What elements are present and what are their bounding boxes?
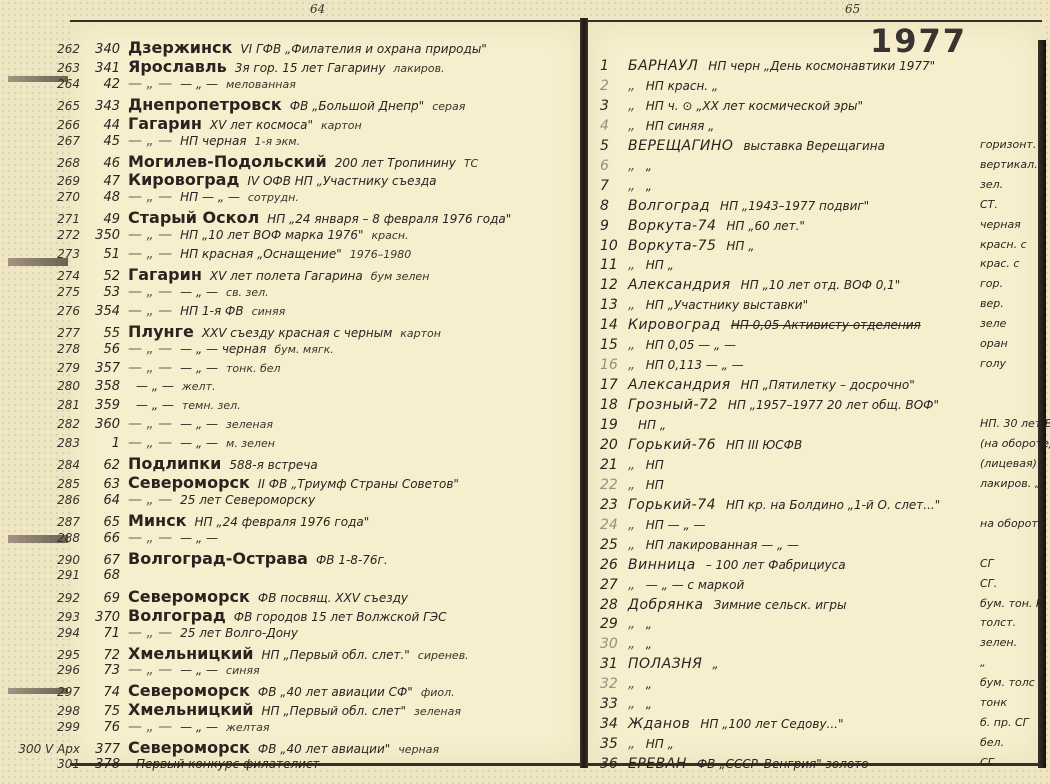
entry-detail: ФВ 1-8-76г.: [316, 553, 388, 567]
entry-note: вертикал.: [980, 158, 1050, 171]
city-name: „: [628, 178, 636, 194]
entry-number: 18: [600, 397, 622, 413]
entry-detail: – 100 лет Фабрициуса: [706, 558, 846, 572]
entry-detail: НП синяя „: [646, 119, 715, 133]
entry-note: бум зелен: [371, 270, 430, 283]
ledger-number: 300 V Арх: [0, 742, 80, 756]
entry-number: 2: [600, 78, 622, 94]
entry-note: голу: [980, 357, 1050, 370]
entry-note: бум. толс: [980, 676, 1050, 689]
ledger-row: 26442— „ —— „ —мелованная: [0, 76, 296, 92]
entry-number: 48: [86, 190, 120, 205]
entry-detail: „: [646, 179, 652, 193]
entry-number: 8: [600, 198, 622, 214]
entry-note: (на обороте): [980, 437, 1050, 450]
year-heading: 1977: [870, 22, 967, 60]
entry-number: 1: [600, 58, 622, 74]
entry-detail: НП „24 февраля 1976 года": [195, 515, 370, 529]
entry-note: синяя: [226, 664, 260, 677]
entry-number: 30: [600, 636, 622, 652]
entry-detail: Зимние сельск. игры: [714, 598, 847, 612]
city-name: ПОЛАЗНЯ: [628, 656, 702, 672]
city-name: Старый Оскол: [128, 208, 259, 227]
entry-number: 341: [86, 61, 120, 76]
ledger-number: 277: [0, 326, 80, 340]
entry-detail: НП: [646, 458, 664, 472]
entry-note: красн.: [372, 229, 409, 242]
ledger-row: 26947КировоградIV ОФВ НП „Участнику съез…: [0, 170, 445, 189]
entry-note: желт.: [182, 380, 216, 393]
ledger-row: 9Воркута-74НП „60 лет."черная: [600, 218, 1040, 234]
entry-detail: XXV съезду красная с черным: [202, 326, 392, 340]
city-name: Горький-74: [628, 497, 716, 513]
ledger-row: 1БАРНАУЛНП черн „День космонавтики 1977": [600, 58, 1040, 74]
entry-note: СГ: [980, 557, 1050, 570]
entry-number: 45: [86, 134, 120, 149]
ledger-row: 29673— „ —— „ —синяя: [0, 662, 260, 678]
city-name: „: [628, 477, 636, 493]
ledger-number: 284: [0, 458, 80, 472]
entry-note: синяя: [252, 305, 286, 318]
entry-number: 26: [600, 557, 622, 573]
ledger-number: 279: [0, 361, 80, 375]
entry-detail: „: [712, 657, 718, 671]
entry-detail: „: [646, 617, 652, 631]
city-name: — „ —: [128, 76, 172, 92]
ledger-number: 266: [0, 118, 80, 132]
entry-number: 350: [86, 228, 120, 243]
entry-note: зеленая: [414, 705, 461, 718]
entry-detail: — „ —: [180, 663, 218, 677]
entry-detail: „: [646, 697, 652, 711]
city-name: Гагарин: [128, 265, 202, 284]
entry-detail: — „ —: [136, 398, 174, 412]
entry-number: 31: [600, 656, 622, 672]
entry-detail: НП „: [646, 737, 674, 751]
city-name: Хмельницкий: [128, 644, 254, 663]
ledger-row: 5ВЕРЕЩАГИНОвыставка Верещагинагоризонт.: [600, 138, 1040, 154]
entry-detail: — „ —: [180, 417, 218, 431]
entry-number: 7: [600, 178, 622, 194]
ledger-row: 22„НПлакиров. „: [600, 477, 1040, 493]
entry-detail: XV лет полета Гагарина: [210, 269, 363, 283]
entry-number: 67: [86, 553, 120, 568]
city-name: Грозный-72: [628, 397, 718, 413]
entry-detail: НП черн „День космонавтики 1977": [708, 59, 935, 73]
entry-note: 1-я экм.: [255, 135, 301, 148]
entry-number: 72: [86, 648, 120, 663]
entry-detail: НП черная: [180, 134, 246, 148]
ledger-row: 12АлександрияНП „10 лет отд. ВОФ 0,1"гор…: [600, 277, 1040, 293]
ledger-row: 3„НП ч. ⊙ „XX лет космической эры": [600, 98, 1040, 114]
right-folio: 65: [845, 2, 860, 16]
entry-note: желтая: [226, 721, 269, 734]
city-name: Североморск: [128, 681, 250, 700]
entry-detail: — „ —: [180, 77, 218, 91]
entry-note: фиол.: [421, 686, 455, 699]
entry-number: 19: [600, 417, 622, 433]
entry-note: м. зелен: [226, 437, 275, 450]
entry-number: 3: [600, 98, 622, 114]
entry-number: 51: [86, 247, 120, 262]
entry-note: тонк. бел: [226, 362, 281, 375]
city-name: Волгоград-Острава: [128, 549, 308, 568]
entry-detail: ФВ городов 15 лет Волжской ГЭС: [234, 610, 447, 624]
ledger-row: 27351— „ —НП красная „Оснащение"1976–198…: [0, 246, 411, 262]
city-name: — „ —: [128, 662, 172, 678]
entry-note: зеле: [980, 317, 1050, 330]
city-name: — „ —: [128, 530, 172, 546]
entry-detail: НП „10 лет отд. ВОФ 0,1": [741, 278, 901, 292]
ledger-number: 280: [0, 379, 80, 393]
city-name: „: [628, 357, 636, 373]
entry-number: 343: [86, 99, 120, 114]
entry-detail: — „ —: [180, 361, 218, 375]
entry-detail: 25 лет Волго-Дону: [180, 626, 298, 640]
entry-number: 52: [86, 269, 120, 284]
entry-number: 13: [600, 297, 622, 313]
ledger-number: 295: [0, 648, 80, 662]
ledger-row: 29572ХмельницкийНП „Первый обл. слет."си…: [0, 644, 469, 663]
ledger-row: 10Воркута-75НП „красн. с: [600, 238, 1040, 254]
entry-detail: — „ —: [180, 720, 218, 734]
ledger-number: 270: [0, 190, 80, 204]
city-name: Воркута-74: [628, 218, 716, 234]
entry-detail: XV лет космоса": [210, 118, 313, 132]
entry-number: 35: [600, 736, 622, 752]
ledger-row: 29269СевероморскФВ посвящ. XXV съезду: [0, 587, 416, 606]
ledger-row: 26846Могилев-Подольский200 лет Тропинину…: [0, 152, 478, 171]
city-name: Минск: [128, 511, 187, 530]
entry-note: ТС: [464, 157, 478, 170]
city-name: „: [628, 78, 636, 94]
city-name: — „ —: [128, 416, 172, 432]
entry-detail: НП „24 января – 8 февраля 1976 года": [267, 212, 511, 226]
entry-detail: НП „60 лет.": [726, 219, 805, 233]
city-name: — „ —: [128, 284, 172, 300]
entry-detail: ФВ посвящ. XXV съезду: [258, 591, 408, 605]
ledger-row: 272350— „ —НП „10 лет ВОФ марка 1976"кра…: [0, 227, 409, 243]
entry-note: черная: [980, 218, 1050, 231]
entry-number: 27: [600, 577, 622, 593]
city-name: Винница: [628, 557, 696, 573]
entry-detail: „: [646, 677, 652, 691]
city-name: Волгоград: [628, 198, 710, 214]
city-name: ВЕРЕЩАГИНО: [628, 138, 733, 154]
entry-number: 1: [86, 436, 120, 451]
ledger-number: 263: [0, 61, 80, 75]
entry-note: черная: [398, 743, 439, 756]
city-name: Североморск: [128, 738, 250, 757]
entry-detail: НП красн. „: [646, 79, 718, 93]
ledger-row: 265343ДнепропетровскФВ „Большой Днепр"се…: [0, 95, 465, 114]
ledger-number: 273: [0, 247, 80, 261]
ledger-row: 28765МинскНП „24 февраля 1976 года": [0, 511, 377, 530]
entry-detail: — „ — черная: [180, 342, 266, 356]
ledger-row: 19НП „НП. 30 лет Вел. Поб.: [600, 417, 1040, 433]
city-name: „: [628, 577, 636, 593]
entry-note: (лицевая): [980, 457, 1050, 470]
entry-detail: — „ —: [136, 379, 174, 393]
entry-number: 69: [86, 591, 120, 606]
ledger-row: 262340ДзержинскVI ГФВ „Филателия и охран…: [0, 38, 495, 57]
entry-note: 1976–1980: [350, 248, 412, 261]
city-name: „: [628, 616, 636, 632]
entry-number: 12: [600, 277, 622, 293]
ledger-row: 282360— „ —— „ —зеленая: [0, 416, 273, 432]
city-name: Могилев-Подольский: [128, 152, 327, 171]
ledger-row: 27452ГагаринXV лет полета Гагаринабум зе…: [0, 265, 429, 284]
entry-number: 71: [86, 626, 120, 641]
ledger-row: 14КировоградНП 0,05 Активисту отделенияз…: [600, 317, 1040, 333]
entry-number: 49: [86, 212, 120, 227]
city-name: „: [628, 297, 636, 313]
entry-detail: „: [646, 637, 652, 651]
city-name: „: [628, 517, 636, 533]
entry-number: 28: [600, 597, 622, 613]
entry-detail: выставка Верещагина: [743, 139, 885, 153]
entry-number: 42: [86, 77, 120, 92]
ledger-row: 276354— „ —НП 1-я ФВсиняя: [0, 303, 285, 319]
entry-note: зел.: [980, 178, 1050, 191]
ledger-row: 28ДобрянкаЗимние сельск. игрыбум. тон. К: [600, 597, 1040, 613]
city-name: „: [628, 457, 636, 473]
city-name: — „ —: [128, 246, 172, 262]
entry-detail: — „ —: [180, 531, 218, 545]
entry-detail: II ФВ „Триумф Страны Советов": [258, 477, 459, 491]
city-name: — „ —: [128, 303, 172, 319]
ledger-row: 16„НП 0,113 — „ —голу: [600, 357, 1040, 373]
entry-number: 33: [600, 696, 622, 712]
entry-note: бум. мягк.: [274, 343, 333, 356]
entry-detail: НП „: [726, 239, 754, 253]
entry-detail: ФВ „40 лет авиации": [258, 742, 390, 756]
city-name: Североморск: [128, 587, 250, 606]
entry-note: бум. тон. К: [980, 597, 1050, 610]
entry-note: б. пр. СГ: [980, 716, 1050, 729]
entry-detail: IV ОФВ НП „Участнику съезда: [247, 174, 436, 188]
entry-number: 76: [86, 720, 120, 735]
entry-note: зелен.: [980, 636, 1050, 649]
ledger-number: 286: [0, 493, 80, 507]
entry-detail: ФВ „Большой Днепр": [290, 99, 424, 113]
ledger-row: 279357— „ —— „ —тонк. бел: [0, 360, 281, 376]
entry-number: 73: [86, 663, 120, 678]
ledger-row: 17АлександрияНП „Пятилетку – досрочно": [600, 377, 1040, 393]
entry-note: св. зел.: [226, 286, 269, 299]
ledger-number: 282: [0, 417, 80, 431]
ledger-number: 294: [0, 626, 80, 640]
city-name: „: [628, 158, 636, 174]
entry-detail: НП „Пятилетку – досрочно": [741, 378, 915, 392]
entry-detail: НП „1943–1977 подвиг": [720, 199, 869, 213]
entry-detail: „: [646, 159, 652, 173]
ledger-row: 33„„тонк: [600, 696, 1040, 712]
entry-note: СТ.: [980, 198, 1050, 211]
entry-note: СГ: [980, 756, 1050, 769]
ledger-row: 300 V Арх377СевероморскФВ „40 лет авиаци…: [0, 738, 439, 757]
entry-number: 64: [86, 493, 120, 508]
ledger-row: 13„НП „Участнику выставки"вер.: [600, 297, 1040, 313]
entry-number: 36: [600, 756, 622, 772]
ledger-row: 31ПОЛАЗНЯ„„: [600, 656, 1040, 672]
ledger-number: 288: [0, 531, 80, 545]
entry-detail: — „ —: [180, 285, 218, 299]
entry-number: 75: [86, 704, 120, 719]
entry-note: НП. 30 лет Вел. Поб.: [980, 417, 1050, 430]
entry-number: 9: [600, 218, 622, 234]
entry-note: „: [980, 656, 1050, 669]
ledger-number: 297: [0, 685, 80, 699]
entry-detail: НП „: [638, 418, 666, 432]
ledger-number: 272: [0, 228, 80, 242]
entry-detail: Первый конкурс филателист: [136, 757, 320, 771]
city-name: — „ —: [128, 227, 172, 243]
entry-number: 357: [86, 361, 120, 376]
ledger-row: 20Горький-76НП III ЮСФВ(на обороте): [600, 437, 1040, 453]
city-name: „: [628, 696, 636, 712]
ledger-number: 262: [0, 42, 80, 56]
ledger-number: 291: [0, 568, 80, 582]
entry-note: горизонт.: [980, 138, 1050, 151]
city-name: „: [628, 636, 636, 652]
city-name: Жданов: [628, 716, 690, 732]
city-name: — „ —: [128, 189, 172, 205]
ledger-number: 264: [0, 77, 80, 91]
book-spine: [580, 18, 588, 768]
entry-note: гор.: [980, 277, 1050, 290]
entry-note: сотрудн.: [248, 191, 299, 204]
entry-number: 21: [600, 457, 622, 473]
city-name: „: [628, 537, 636, 553]
city-name: „: [628, 257, 636, 273]
ledger-number: 299: [0, 720, 80, 734]
entry-detail: НП „Участнику выставки": [646, 298, 808, 312]
entry-note: темн. зел.: [182, 399, 241, 412]
city-name: Кировоград: [628, 317, 721, 333]
entry-number: 377: [86, 742, 120, 757]
entry-note: картон: [321, 119, 362, 132]
entry-number: 24: [600, 517, 622, 533]
entry-detail: НП ч. ⊙ „XX лет космической эры": [646, 99, 863, 113]
entry-note: мелованная: [226, 78, 296, 91]
city-name: Ярославль: [128, 57, 227, 76]
ledger-row: 23Горький-74НП кр. на Болдино „1-й О. сл…: [600, 497, 1040, 513]
entry-detail: НП „Первый обл. слет": [262, 704, 406, 718]
entry-detail: ФВ „40 лет авиации СФ": [258, 685, 413, 699]
ledger-row: 18Грозный-72НП „1957–1977 20 лет общ. ВО…: [600, 397, 1040, 413]
ledger-row: 7„„зел.: [600, 178, 1040, 194]
entry-note: крас. с: [980, 257, 1050, 270]
entry-number: 66: [86, 531, 120, 546]
ledger-row: 28462Подлипки588-я встреча: [0, 454, 326, 473]
entry-note: на обороте: [980, 517, 1050, 530]
entry-number: 25: [600, 537, 622, 553]
city-name: Горький-76: [628, 437, 716, 453]
ledger-number: 281: [0, 398, 80, 412]
ledger-row: 26745— „ —НП черная1-я экм.: [0, 133, 300, 149]
city-name: Североморск: [128, 473, 250, 492]
city-name: БАРНАУЛ: [628, 58, 698, 74]
city-name: „: [628, 736, 636, 752]
ledger-row: 35„НП „бел.: [600, 736, 1040, 752]
entry-number: 16: [600, 357, 622, 373]
city-name: — „ —: [128, 341, 172, 357]
ledger-number: 267: [0, 134, 80, 148]
entry-number: 4: [600, 118, 622, 134]
ledger-row: 29976— „ —— „ —желтая: [0, 719, 270, 735]
entry-note: красн. с: [980, 238, 1050, 251]
ledger-row: 28664— „ —25 лет Североморску: [0, 492, 323, 508]
entry-note: толст.: [980, 616, 1050, 629]
entry-number: 34: [600, 716, 622, 732]
city-name: Кировоград: [128, 170, 239, 189]
entry-note: сиренев.: [418, 649, 469, 662]
ledger-row: 301378Первый конкурс филателист: [0, 757, 328, 772]
ledger-row: 29774СевероморскФВ „40 лет авиации СФ"фи…: [0, 681, 455, 700]
ledger-number: 274: [0, 269, 80, 283]
ledger-row: 11„НП „крас. с: [600, 257, 1040, 273]
entry-note: зеленая: [226, 418, 273, 431]
entry-note: оран: [980, 337, 1050, 350]
entry-detail: — „ —: [180, 436, 218, 450]
ledger-row: 2831— „ —— „ —м. зелен: [0, 435, 275, 451]
entry-number: 55: [86, 326, 120, 341]
entry-number: 47: [86, 174, 120, 189]
ledger-number: 268: [0, 156, 80, 170]
entry-detail: НП: [646, 478, 664, 492]
ledger-row: 28563СевероморскII ФВ „Триумф Страны Сов…: [0, 473, 467, 492]
ledger-row: 27553— „ —— „ —св. зел.: [0, 284, 269, 300]
entry-number: 46: [86, 156, 120, 171]
entry-number: 354: [86, 304, 120, 319]
ledger-number: 292: [0, 591, 80, 605]
ledger-row: 281359— „ —темн. зел.: [0, 398, 241, 413]
entry-number: 32: [600, 676, 622, 692]
ledger-number: 298: [0, 704, 80, 718]
city-name: — „ —: [128, 492, 172, 508]
entry-detail: НП лакированная — „ —: [646, 538, 799, 552]
entry-number: 360: [86, 417, 120, 432]
entry-note: тонк: [980, 696, 1050, 709]
entry-number: 44: [86, 118, 120, 133]
ledger-row: 24„НП — „ —на обороте: [600, 517, 1040, 533]
ledger-row: 2„НП красн. „: [600, 78, 1040, 94]
ledger-row: 30„„зелен.: [600, 636, 1040, 652]
city-name: „: [628, 676, 636, 692]
ledger-number: 290: [0, 553, 80, 567]
ledger-row: 29168: [0, 568, 144, 583]
entry-number: 15: [600, 337, 622, 353]
entry-detail: НП „1957–1977 20 лет общ. ВОФ": [728, 398, 939, 412]
city-name: Воркута-75: [628, 238, 716, 254]
entry-detail: 588-я встреча: [229, 458, 317, 472]
ledger-row: 29471— „ —25 лет Волго-Дону: [0, 625, 306, 641]
entry-detail: НП — „ —: [180, 190, 240, 204]
city-name: Дзержинск: [128, 38, 232, 57]
entry-detail: 200 лет Тропинину: [335, 156, 456, 170]
ledger-number: 293: [0, 610, 80, 624]
entry-number: 56: [86, 342, 120, 357]
entry-number: 62: [86, 458, 120, 473]
ledger-number: 283: [0, 436, 80, 450]
entry-number: 63: [86, 477, 120, 492]
city-name: ЕРЕВАН: [628, 756, 687, 772]
city-name: — „ —: [128, 625, 172, 641]
entry-number: 359: [86, 398, 120, 413]
city-name: Подлипки: [128, 454, 221, 473]
entry-detail: — „ — с маркой: [646, 578, 744, 592]
